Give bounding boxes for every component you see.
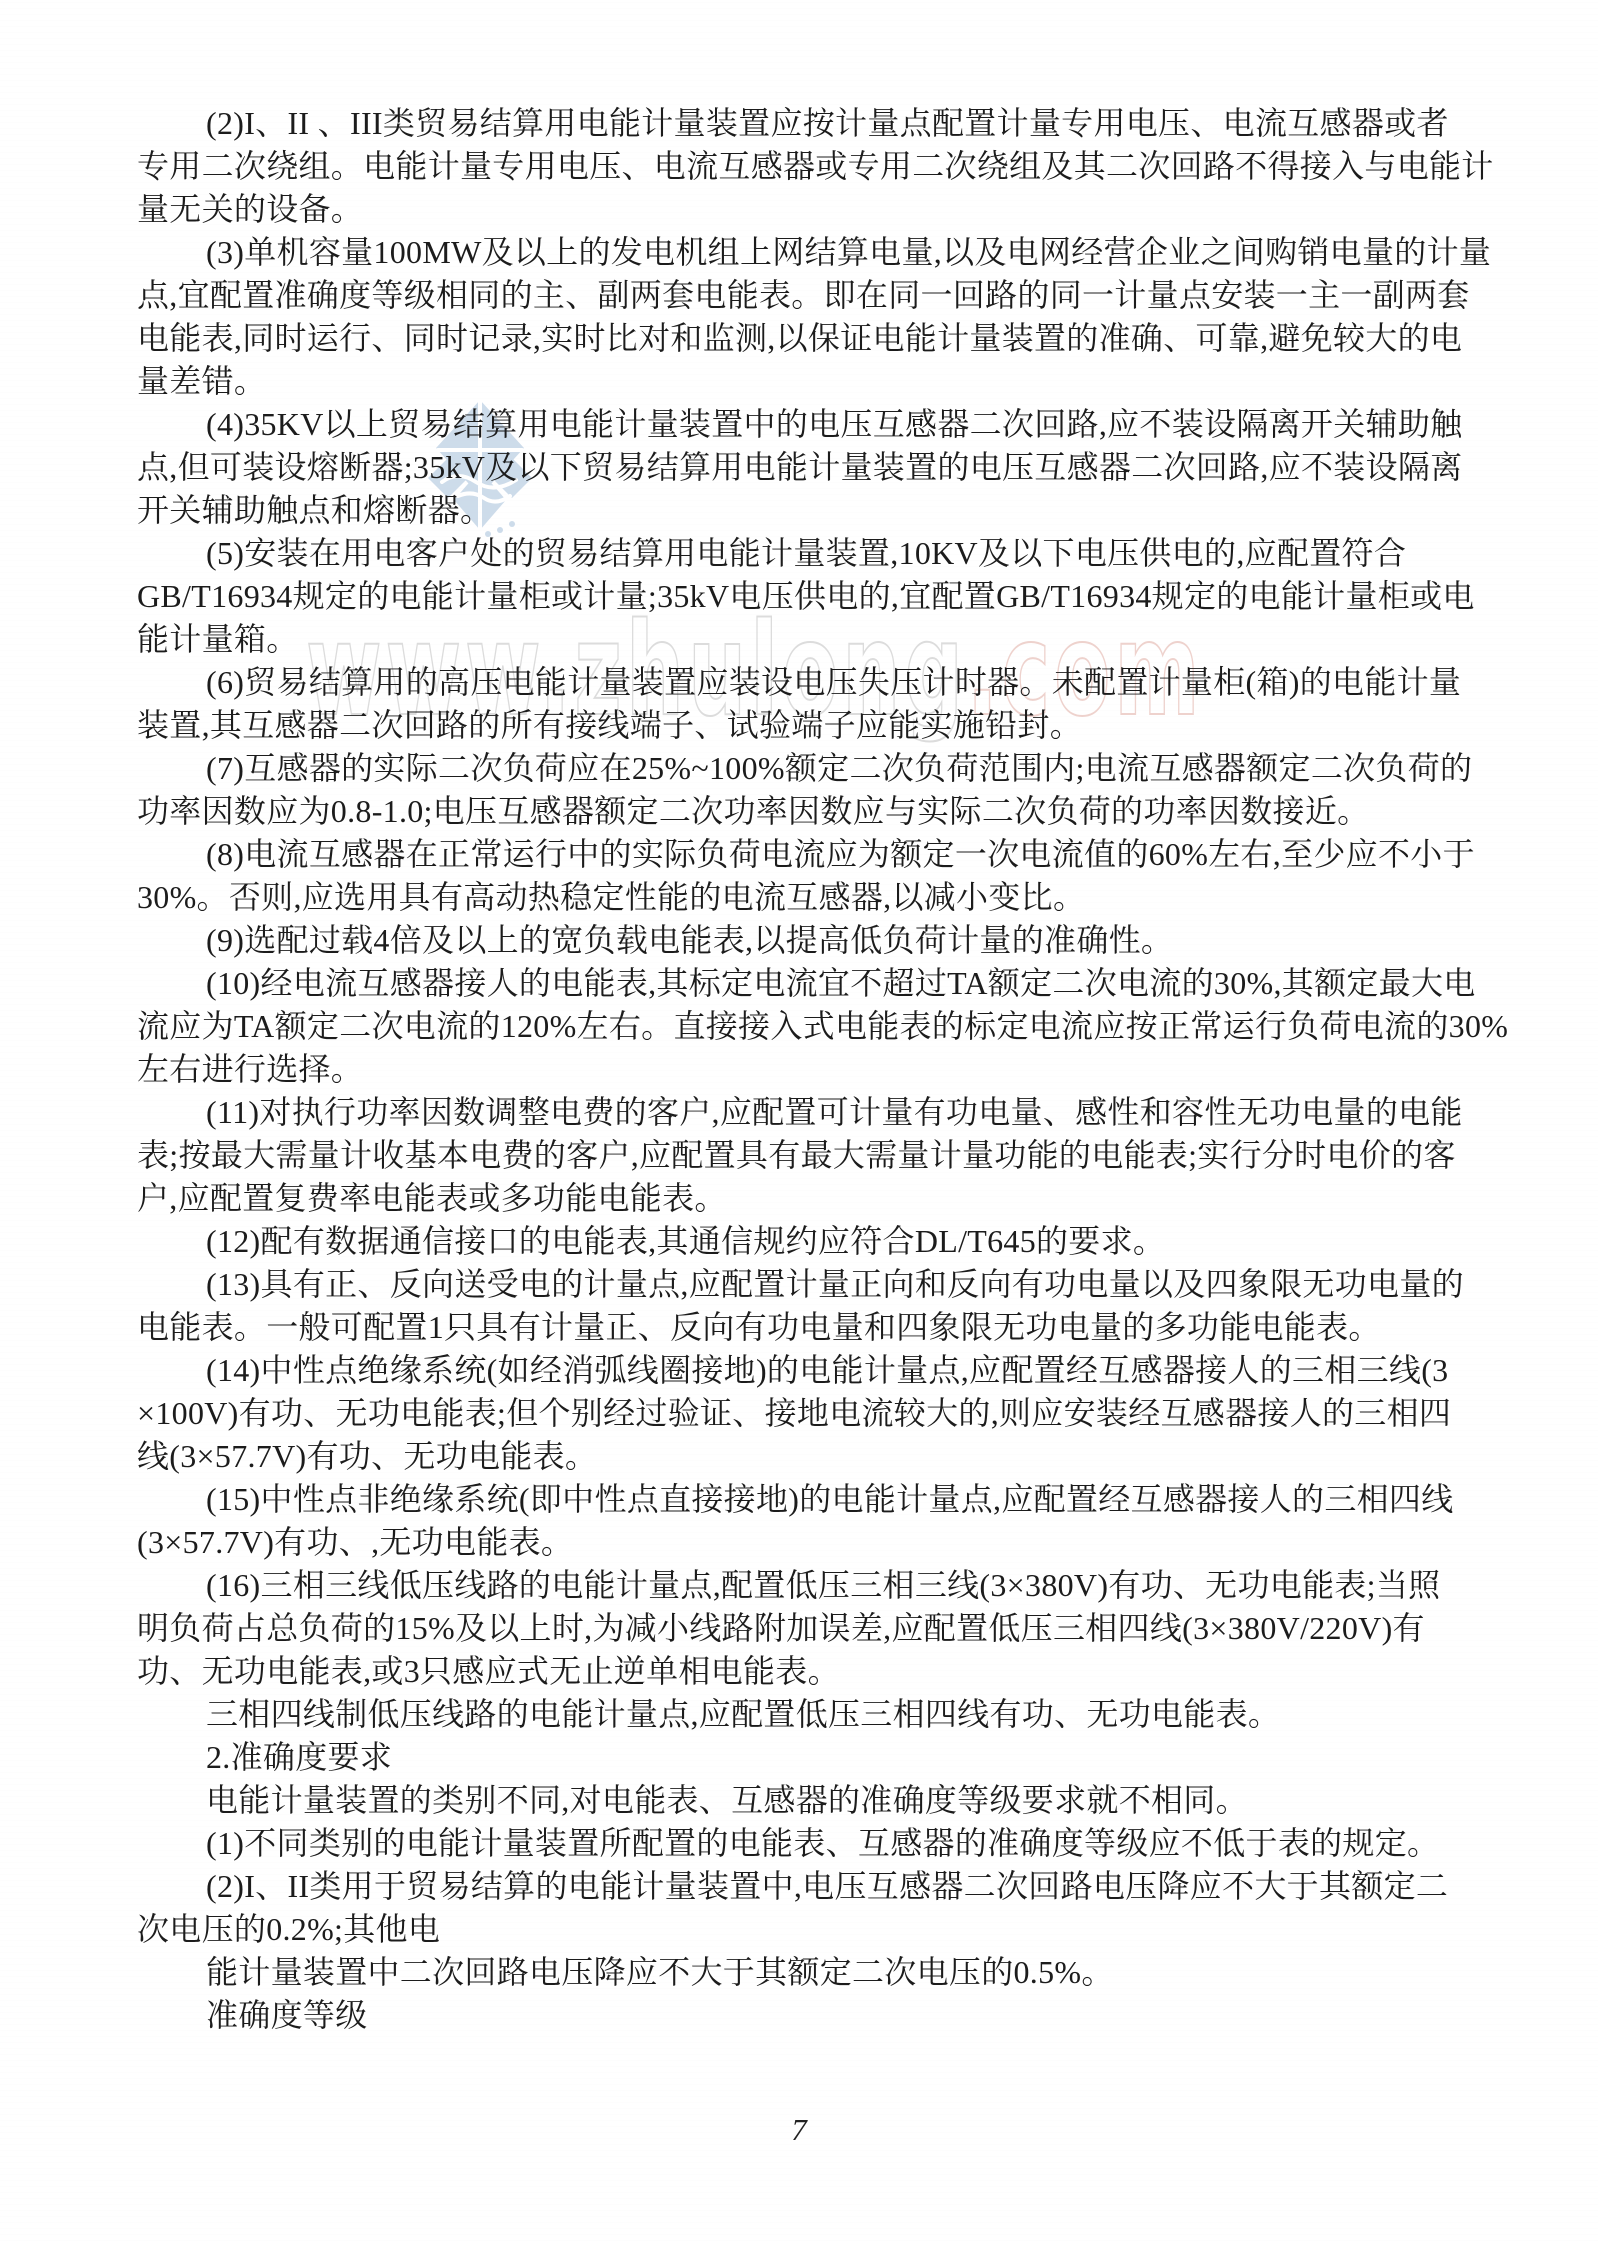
text-line: 开关辅助触点和熔断器。 (137, 489, 1467, 532)
text-line: 线(3×57.7V)有功、无功电能表。 (137, 1435, 1467, 1478)
text-line: (15)中性点非绝缘系统(即中性点直接接地)的电能计量点,应配置经互感器接人的三… (137, 1478, 1467, 1521)
text-line: 左右进行选择。 (137, 1048, 1467, 1091)
text-line: (7)互感器的实际二次负荷应在25%~100%额定二次负荷范围内;电流互感器额定… (137, 747, 1467, 790)
text-line: (3)单机容量100MW及以上的发电机组上网结算电量,以及电网经营企业之间购销电… (137, 231, 1467, 274)
text-line: 户,应配置复费率电能表或多功能电能表。 (137, 1177, 1467, 1220)
text-line: (2)I、II 、III类贸易结算用电能计量装置应按计量点配置计量专用电压、电流… (137, 102, 1467, 145)
text-line: (9)选配过载4倍及以上的宽负载电能表,以提高低负荷计量的准确性。 (137, 919, 1467, 962)
text-line: 电能表,同时运行、同时记录,实时比对和监测,以保证电能计量装置的准确、可靠,避免… (137, 317, 1467, 360)
text-line: 电能计量装置的类别不同,对电能表、互感器的准确度等级要求就不相同。 (137, 1779, 1467, 1822)
text-line: 准确度等级 (137, 1994, 1467, 2037)
text-line: 点,宜配置准确度等级相同的主、副两套电能表。即在同一回路的同一计量点安装一主一副… (137, 274, 1467, 317)
text-line: (1)不同类别的电能计量装置所配置的电能表、互感器的准确度等级应不低于表的规定。 (137, 1822, 1467, 1865)
text-line: 能计量装置中二次回路电压降应不大于其额定二次电压的0.5%。 (137, 1951, 1467, 1994)
text-line: 功率因数应为0.8-1.0;电压互感器额定二次功率因数应与实际二次负荷的功率因数… (137, 790, 1467, 833)
text-line: (13)具有正、反向送受电的计量点,应配置计量正向和反向有功电量以及四象限无功电… (137, 1263, 1467, 1306)
text-line: 2.准确度要求 (137, 1736, 1467, 1779)
text-line: 能计量箱。 (137, 618, 1467, 661)
text-line: 功、无功电能表,或3只感应式无止逆单相电能表。 (137, 1650, 1467, 1693)
text-line: 30%。否则,应选用具有高动热稳定性能的电流互感器,以减小变比。 (137, 876, 1467, 919)
page-number: 7 (0, 2112, 1598, 2148)
text-line: 点,但可装设熔断器;35kV及以下贸易结算用电能计量装置的电压互感器二次回路,应… (137, 446, 1467, 489)
text-line: 明负荷占总负荷的15%及以上时,为减小线路附加误差,应配置低压三相四线(3×38… (137, 1607, 1467, 1650)
text-line: (16)三相三线低压线路的电能计量点,配置低压三相三线(3×380V)有功、无功… (137, 1564, 1467, 1607)
text-line: 流应为TA额定二次电流的120%左右。直接接入式电能表的标定电流应按正常运行负荷… (137, 1005, 1467, 1048)
text-line: (4)35KV以上贸易结算用电能计量装置中的电压互感器二次回路,应不装设隔离开关… (137, 403, 1467, 446)
text-line: (5)安装在用电客户处的贸易结算用电能计量装置,10KV及以下电压供电的,应配置… (137, 532, 1467, 575)
text-line: 量无关的设备。 (137, 188, 1467, 231)
text-line: (11)对执行功率因数调整电费的客户,应配置可计量有功电量、感性和容性无功电量的… (137, 1091, 1467, 1134)
text-line: GB/T16934规定的电能计量柜或计量;35kV电压供电的,宜配置GB/T16… (137, 575, 1467, 618)
text-line: (3×57.7V)有功、,无功电能表。 (137, 1521, 1467, 1564)
text-line: (14)中性点绝缘系统(如经消弧线圈接地)的电能计量点,应配置经互感器接人的三相… (137, 1349, 1467, 1392)
text-line: 三相四线制低压线路的电能计量点,应配置低压三相四线有功、无功电能表。 (137, 1693, 1467, 1736)
text-line: 次电压的0.2%;其他电 (137, 1908, 1467, 1951)
text-line: 电能表。一般可配置1只具有计量正、反向有功电量和四象限无功电量的多功能电能表。 (137, 1306, 1467, 1349)
text-line: 表;按最大需量计收基本电费的客户,应配置具有最大需量计量功能的电能表;实行分时电… (137, 1134, 1467, 1177)
text-line: 专用二次绕组。电能计量专用电压、电流互感器或专用二次绕组及其二次回路不得接入与电… (137, 145, 1467, 188)
text-line: (2)I、II类用于贸易结算的电能计量装置中,电压互感器二次回路电压降应不大于其… (137, 1865, 1467, 1908)
text-line: ×100V)有功、无功电能表;但个别经过验证、接地电流较大的,则应安装经互感器接… (137, 1392, 1467, 1435)
text-line: (6)贸易结算用的高压电能计量装置应装设电压失压计时器。未配置计量柜(箱)的电能… (137, 661, 1467, 704)
text-line: (8)电流互感器在正常运行中的实际负荷电流应为额定一次电流值的60%左右,至少应… (137, 833, 1467, 876)
text-line: (12)配有数据通信接口的电能表,其通信规约应符合DL/T645的要求。 (137, 1220, 1467, 1263)
text-line: (10)经电流互感器接人的电能表,其标定电流宜不超过TA额定二次电流的30%,其… (137, 962, 1467, 1005)
text-line: 装置,其互感器二次回路的所有接线端子、试验端子应能实施铅封。 (137, 704, 1467, 747)
document-text-block: (2)I、II 、III类贸易结算用电能计量装置应按计量点配置计量专用电压、电流… (137, 102, 1467, 2037)
document-page: { "page": { "number": "7" }, "watermark"… (0, 0, 1598, 2246)
text-line: 量差错。 (137, 360, 1467, 403)
